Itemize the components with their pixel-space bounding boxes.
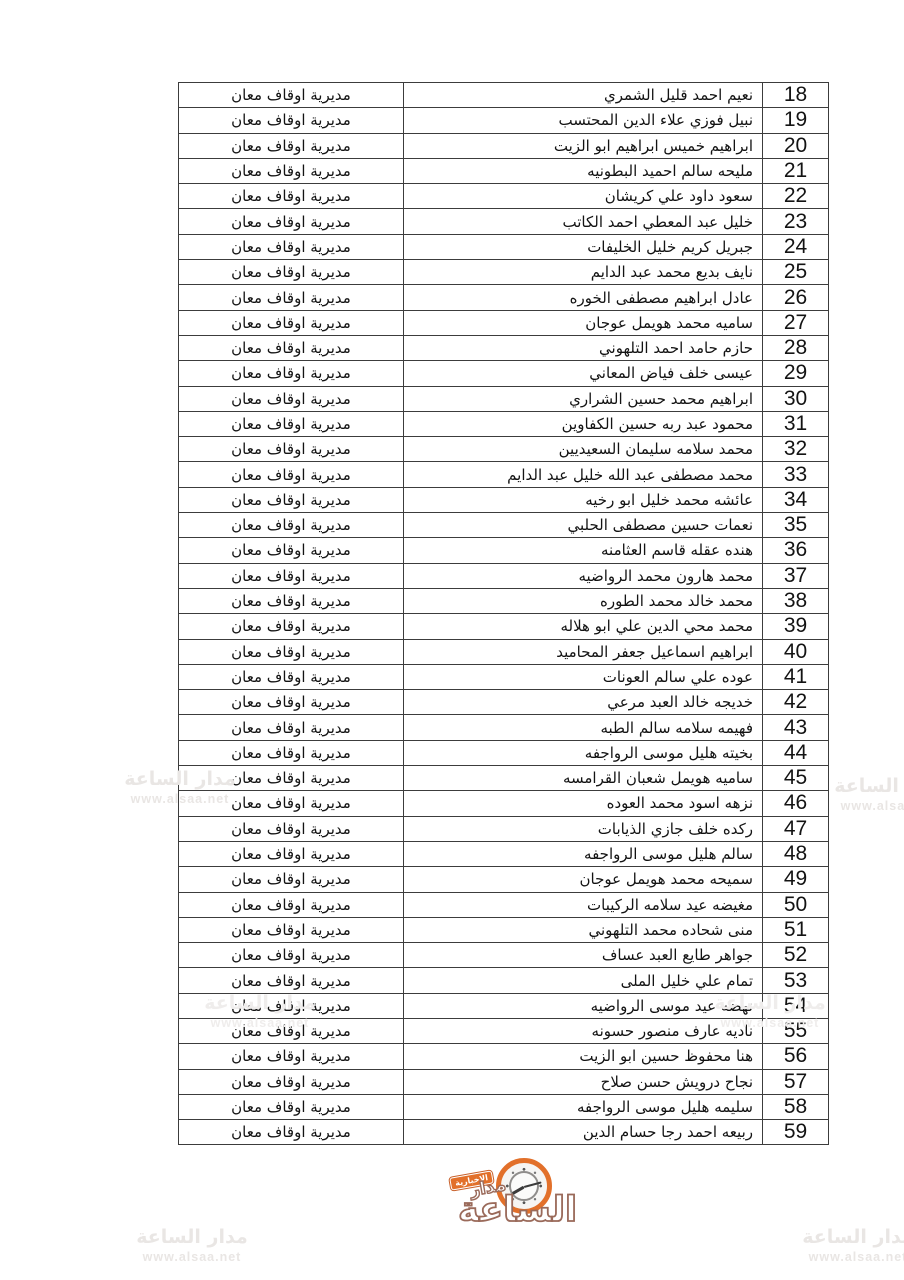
table-row: 57 نجاح درويش حسن صلاح مديرية اوقاف معان (179, 1069, 829, 1094)
table-row: 24 جبريل كريم خليل الخليفات مديرية اوقاف… (179, 234, 829, 259)
employee-name-cell: هنا محفوظ حسين ابو الزيت (404, 1044, 763, 1069)
employee-name-cell: منى شحاده محمد التلهوني (404, 917, 763, 942)
employee-name-cell: حازم حامد احمد التلهوني (404, 335, 763, 360)
table-row: 25 نايف بديع محمد عبد الدايم مديرية اوقا… (179, 260, 829, 285)
row-number-cell: 23 (763, 209, 829, 234)
directorate-cell: مديرية اوقاف معان (179, 158, 404, 183)
row-number-cell: 55 (763, 1018, 829, 1043)
row-number-cell: 33 (763, 462, 829, 487)
table-row: 18 نعيم احمد قليل الشمري مديرية اوقاف مع… (179, 83, 829, 108)
employee-name-cell: محمد محي الدين علي ابو هلاله (404, 614, 763, 639)
row-number-cell: 19 (763, 108, 829, 133)
employee-name-cell: ساميه هويمل شعبان القرامسه (404, 766, 763, 791)
table-row: 58 سليمه هليل موسى الرواجفه مديرية اوقاف… (179, 1094, 829, 1119)
row-number-cell: 45 (763, 766, 829, 791)
table-row: 47 ركده خلف جازي الذيابات مديرية اوقاف م… (179, 816, 829, 841)
table-row: 35 نعمات حسين مصطفى الحلبي مديرية اوقاف … (179, 513, 829, 538)
row-number-cell: 30 (763, 386, 829, 411)
row-number-cell: 28 (763, 335, 829, 360)
employee-name-cell: مليحه سالم احميد البطونيه (404, 158, 763, 183)
employee-name-cell: عيسى خلف فياض المعاني (404, 361, 763, 386)
row-number-cell: 20 (763, 133, 829, 158)
row-number-cell: 38 (763, 588, 829, 613)
row-number-cell: 52 (763, 943, 829, 968)
row-number-cell: 34 (763, 487, 829, 512)
watermark-url: www.alsaa.net (778, 1250, 904, 1266)
table-row: 27 ساميه محمد هويمل عوجان مديرية اوقاف م… (179, 310, 829, 335)
employee-name-cell: ابراهيم محمد حسين الشراري (404, 386, 763, 411)
table-row: 48 سالم هليل موسى الرواجفه مديرية اوقاف … (179, 841, 829, 866)
directorate-cell: مديرية اوقاف معان (179, 740, 404, 765)
directorate-cell: مديرية اوقاف معان (179, 715, 404, 740)
table-row: 54 نهضه عيد موسى الرواضيه مديرية اوقاف م… (179, 993, 829, 1018)
directorate-cell: مديرية اوقاف معان (179, 260, 404, 285)
directorate-cell: مديرية اوقاف معان (179, 563, 404, 588)
row-number-cell: 26 (763, 285, 829, 310)
employee-name-cell: ركده خلف جازي الذيابات (404, 816, 763, 841)
table-row: 31 محمود عبد ربه حسين الكفاوين مديرية او… (179, 411, 829, 436)
row-number-cell: 51 (763, 917, 829, 942)
employee-name-cell: سليمه هليل موسى الرواجفه (404, 1094, 763, 1119)
directorate-cell: مديرية اوقاف معان (179, 411, 404, 436)
employee-name-cell: نزهه اسود محمد العوده (404, 791, 763, 816)
directorate-cell: مديرية اوقاف معان (179, 892, 404, 917)
watermark: مدار الساعة www.alsaa.net (112, 1226, 272, 1265)
directorate-cell: مديرية اوقاف معان (179, 1044, 404, 1069)
table-row: 56 هنا محفوظ حسين ابو الزيت مديرية اوقاف… (179, 1044, 829, 1069)
table-row: 59 ربيعه احمد رجا حسام الدين مديرية اوقا… (179, 1120, 829, 1145)
employee-name-cell: ساميه محمد هويمل عوجان (404, 310, 763, 335)
roster-body: 18 نعيم احمد قليل الشمري مديرية اوقاف مع… (179, 83, 829, 1145)
employee-name-cell: نايف بديع محمد عبد الدايم (404, 260, 763, 285)
directorate-cell: مديرية اوقاف معان (179, 513, 404, 538)
employee-name-cell: خديجه خالد العبد مرعي (404, 690, 763, 715)
row-number-cell: 48 (763, 841, 829, 866)
table-row: 29 عيسى خلف فياض المعاني مديرية اوقاف مع… (179, 361, 829, 386)
directorate-cell: مديرية اوقاف معان (179, 83, 404, 108)
watermark-url: www.alsaa.net (112, 1250, 272, 1266)
employee-name-cell: محمد هارون محمد الرواضيه (404, 563, 763, 588)
table-row: 30 ابراهيم محمد حسين الشراري مديرية اوقا… (179, 386, 829, 411)
employee-name-cell: ربيعه احمد رجا حسام الدين (404, 1120, 763, 1145)
table-row: 45 ساميه هويمل شعبان القرامسه مديرية اوق… (179, 766, 829, 791)
employee-name-cell: محمد مصطفى عبد الله خليل عبد الدايم (404, 462, 763, 487)
table-row: 44 بخيته هليل موسى الرواجفه مديرية اوقاف… (179, 740, 829, 765)
row-number-cell: 22 (763, 184, 829, 209)
directorate-cell: مديرية اوقاف معان (179, 791, 404, 816)
employee-name-cell: خليل عبد المعطي احمد الكاتب (404, 209, 763, 234)
directorate-cell: مديرية اوقاف معان (179, 386, 404, 411)
table-row: 42 خديجه خالد العبد مرعي مديرية اوقاف مع… (179, 690, 829, 715)
table-row: 40 ابراهيم اسماعيل جعفر المحاميد مديرية … (179, 639, 829, 664)
row-number-cell: 35 (763, 513, 829, 538)
table-row: 55 ناديه عارف منصور حسونه مديرية اوقاف م… (179, 1018, 829, 1043)
employee-name-cell: مغيضه عيد سلامه الركيبات (404, 892, 763, 917)
table-row: 20 ابراهيم خميس ابراهيم ابو الزيت مديرية… (179, 133, 829, 158)
table-row: 38 محمد خالد محمد الطوره مديرية اوقاف مع… (179, 588, 829, 613)
row-number-cell: 42 (763, 690, 829, 715)
directorate-cell: مديرية اوقاف معان (179, 614, 404, 639)
row-number-cell: 29 (763, 361, 829, 386)
directorate-cell: مديرية اوقاف معان (179, 108, 404, 133)
row-number-cell: 54 (763, 993, 829, 1018)
row-number-cell: 57 (763, 1069, 829, 1094)
table-row: 21 مليحه سالم احميد البطونيه مديرية اوقا… (179, 158, 829, 183)
row-number-cell: 50 (763, 892, 829, 917)
employee-name-cell: سميحه محمد هويمل عوجان (404, 867, 763, 892)
watermark-title: مدار الساعة (112, 1226, 272, 1250)
directorate-cell: مديرية اوقاف معان (179, 335, 404, 360)
row-number-cell: 49 (763, 867, 829, 892)
row-number-cell: 44 (763, 740, 829, 765)
directorate-cell: مديرية اوقاف معان (179, 664, 404, 689)
employee-name-cell: ابراهيم خميس ابراهيم ابو الزيت (404, 133, 763, 158)
employee-name-cell: جواهر طايع العبد عساف (404, 943, 763, 968)
table-row: 39 محمد محي الدين علي ابو هلاله مديرية ا… (179, 614, 829, 639)
employee-name-cell: محمد سلامه سليمان السعيديين (404, 437, 763, 462)
table-row: 28 حازم حامد احمد التلهوني مديرية اوقاف … (179, 335, 829, 360)
directorate-cell: مديرية اوقاف معان (179, 209, 404, 234)
employee-name-cell: عوده علي سالم العونات (404, 664, 763, 689)
employee-name-cell: ناديه عارف منصور حسونه (404, 1018, 763, 1043)
employee-name-cell: فهيمه سلامه سالم الطبه (404, 715, 763, 740)
row-number-cell: 46 (763, 791, 829, 816)
table-row: 23 خليل عبد المعطي احمد الكاتب مديرية او… (179, 209, 829, 234)
directorate-cell: مديرية اوقاف معان (179, 588, 404, 613)
table-row: 50 مغيضه عيد سلامه الركيبات مديرية اوقاف… (179, 892, 829, 917)
madar-alsaa-logo: الإخبارية مدار الساعة (440, 1152, 620, 1252)
row-number-cell: 24 (763, 234, 829, 259)
table-row: 43 فهيمه سلامه سالم الطبه مديرية اوقاف م… (179, 715, 829, 740)
employee-name-cell: نهضه عيد موسى الرواضيه (404, 993, 763, 1018)
table-row: 41 عوده علي سالم العونات مديرية اوقاف مع… (179, 664, 829, 689)
directorate-cell: مديرية اوقاف معان (179, 968, 404, 993)
table-row: 34 عائشه محمد خليل ابو رخيه مديرية اوقاف… (179, 487, 829, 512)
roster-table: 18 نعيم احمد قليل الشمري مديرية اوقاف مع… (178, 82, 829, 1145)
table-row: 53 تمام علي خليل الملى مديرية اوقاف معان (179, 968, 829, 993)
table-row: 51 منى شحاده محمد التلهوني مديرية اوقاف … (179, 917, 829, 942)
row-number-cell: 21 (763, 158, 829, 183)
directorate-cell: مديرية اوقاف معان (179, 462, 404, 487)
directorate-cell: مديرية اوقاف معان (179, 538, 404, 563)
directorate-cell: مديرية اوقاف معان (179, 1069, 404, 1094)
directorate-cell: مديرية اوقاف معان (179, 917, 404, 942)
employee-name-cell: سالم هليل موسى الرواجفه (404, 841, 763, 866)
table-row: 19 نبيل فوزي علاء الدين المحتسب مديرية ا… (179, 108, 829, 133)
employee-name-cell: محمد خالد محمد الطوره (404, 588, 763, 613)
watermark-title: مدار الساعة (778, 1226, 904, 1250)
employee-name-cell: عادل ابراهيم مصطفى الخوره (404, 285, 763, 310)
directorate-cell: مديرية اوقاف معان (179, 487, 404, 512)
directorate-cell: مديرية اوقاف معان (179, 766, 404, 791)
directorate-cell: مديرية اوقاف معان (179, 639, 404, 664)
row-number-cell: 40 (763, 639, 829, 664)
employee-name-cell: تمام علي خليل الملى (404, 968, 763, 993)
directorate-cell: مديرية اوقاف معان (179, 816, 404, 841)
employee-name-cell: عائشه محمد خليل ابو رخيه (404, 487, 763, 512)
employee-name-cell: نعيم احمد قليل الشمري (404, 83, 763, 108)
table-row: 32 محمد سلامه سليمان السعيديين مديرية او… (179, 437, 829, 462)
directorate-cell: مديرية اوقاف معان (179, 310, 404, 335)
table-row: 36 هنده عقله قاسم العثامنه مديرية اوقاف … (179, 538, 829, 563)
table-row: 37 محمد هارون محمد الرواضيه مديرية اوقاف… (179, 563, 829, 588)
directorate-cell: مديرية اوقاف معان (179, 361, 404, 386)
employee-name-cell: هنده عقله قاسم العثامنه (404, 538, 763, 563)
employee-name-cell: ابراهيم اسماعيل جعفر المحاميد (404, 639, 763, 664)
table-row: 33 محمد مصطفى عبد الله خليل عبد الدايم م… (179, 462, 829, 487)
row-number-cell: 53 (763, 968, 829, 993)
employee-name-cell: نجاح درويش حسن صلاح (404, 1069, 763, 1094)
row-number-cell: 47 (763, 816, 829, 841)
row-number-cell: 37 (763, 563, 829, 588)
watermark: مدار الساعة www.alsaa.net (778, 1226, 904, 1265)
row-number-cell: 25 (763, 260, 829, 285)
row-number-cell: 36 (763, 538, 829, 563)
table-row: 22 سعود داود علي كريشان مديرية اوقاف معا… (179, 184, 829, 209)
directorate-cell: مديرية اوقاف معان (179, 184, 404, 209)
directorate-cell: مديرية اوقاف معان (179, 285, 404, 310)
logo-word-alsaa: الساعة (458, 1190, 576, 1230)
directorate-cell: مديرية اوقاف معان (179, 1120, 404, 1145)
directorate-cell: مديرية اوقاف معان (179, 1018, 404, 1043)
directorate-cell: مديرية اوقاف معان (179, 1094, 404, 1119)
directorate-cell: مديرية اوقاف معان (179, 234, 404, 259)
table-row: 49 سميحه محمد هويمل عوجان مديرية اوقاف م… (179, 867, 829, 892)
row-number-cell: 32 (763, 437, 829, 462)
directorate-cell: مديرية اوقاف معان (179, 437, 404, 462)
employee-name-cell: سعود داود علي كريشان (404, 184, 763, 209)
row-number-cell: 27 (763, 310, 829, 335)
directorate-cell: مديرية اوقاف معان (179, 943, 404, 968)
table-row: 46 نزهه اسود محمد العوده مديرية اوقاف مع… (179, 791, 829, 816)
directorate-cell: مديرية اوقاف معان (179, 867, 404, 892)
row-number-cell: 43 (763, 715, 829, 740)
document-page: 18 نعيم احمد قليل الشمري مديرية اوقاف مع… (0, 0, 904, 1280)
directorate-cell: مديرية اوقاف معان (179, 993, 404, 1018)
table-row: 26 عادل ابراهيم مصطفى الخوره مديرية اوقا… (179, 285, 829, 310)
employee-name-cell: نبيل فوزي علاء الدين المحتسب (404, 108, 763, 133)
row-number-cell: 59 (763, 1120, 829, 1145)
employee-name-cell: نعمات حسين مصطفى الحلبي (404, 513, 763, 538)
directorate-cell: مديرية اوقاف معان (179, 690, 404, 715)
employee-name-cell: محمود عبد ربه حسين الكفاوين (404, 411, 763, 436)
directorate-cell: مديرية اوقاف معان (179, 133, 404, 158)
directorate-cell: مديرية اوقاف معان (179, 841, 404, 866)
row-number-cell: 56 (763, 1044, 829, 1069)
employee-name-cell: جبريل كريم خليل الخليفات (404, 234, 763, 259)
employee-name-cell: بخيته هليل موسى الرواجفه (404, 740, 763, 765)
row-number-cell: 41 (763, 664, 829, 689)
row-number-cell: 31 (763, 411, 829, 436)
row-number-cell: 18 (763, 83, 829, 108)
table-row: 52 جواهر طايع العبد عساف مديرية اوقاف مع… (179, 943, 829, 968)
row-number-cell: 39 (763, 614, 829, 639)
row-number-cell: 58 (763, 1094, 829, 1119)
